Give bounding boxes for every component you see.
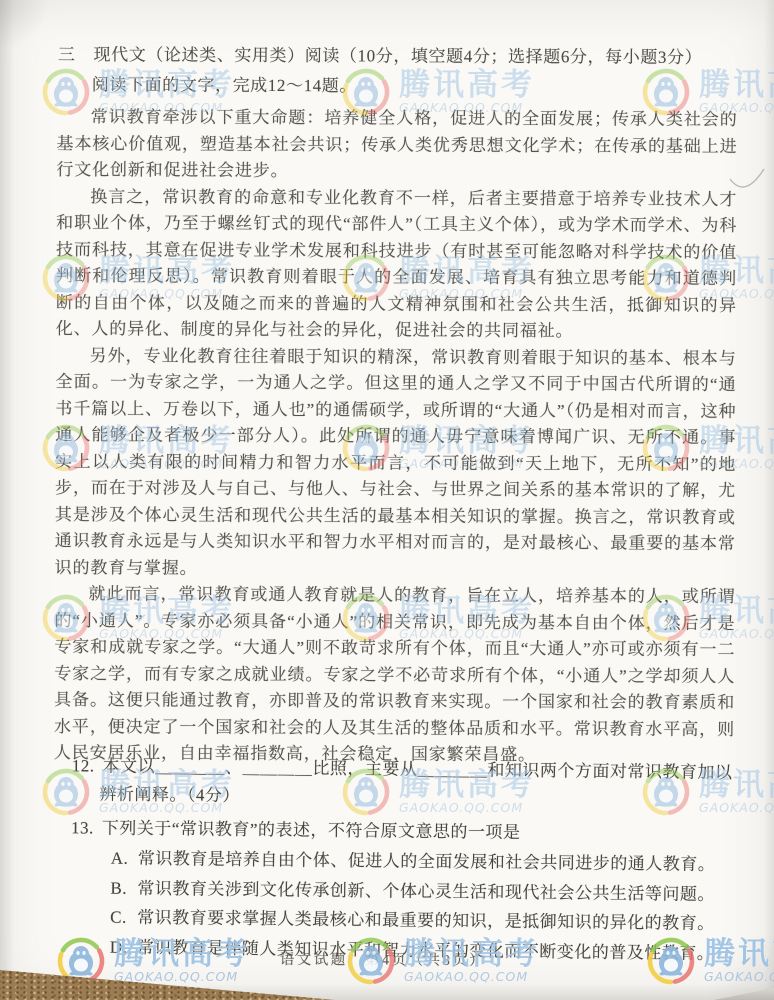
paper-sheet: 腾讯高考 GAOKAO.QQ.COM <box>0 0 774 1000</box>
option-label: C. <box>110 904 137 932</box>
option-text: 常识教育关涉到文化传承创新、个体心灵生活和现代社会公共生活等问题。 <box>137 874 735 908</box>
page-footer: 语文试题 第4页（共8页） <box>0 947 770 971</box>
question-12: 12.本文以＿＿＿＿、＿＿＿＿比照，主要从＿＿＿＿和知识两个方面对常识教育加以辨… <box>54 752 737 815</box>
passage-paragraph: 就此而言，常识教育或通人教育就是人的教育，旨在立人，培养基本的人，或所谓的“小通… <box>54 581 736 769</box>
section-number: 三 <box>58 45 76 64</box>
reading-passage: 常识教育牵涉以下重大命题：培养健全人格，促进人的全面发展；传承人类社会的基本核心… <box>54 104 738 769</box>
option-text: 常识教育是培养自由个体、促进人的全面发展和社会共同进步的通人教育。 <box>138 845 736 879</box>
scanned-exam-page: 腾讯高考 GAOKAO.QQ.COM <box>0 0 774 1000</box>
section-title: 现代文（论述类、实用类）阅读（10分，填空题4分；选择题6分，每小题3分） <box>94 45 703 67</box>
page-content: 三现代文（论述类、实用类）阅读（10分，填空题4分；选择题6分，每小题3分） 阅… <box>0 0 774 1000</box>
questions-block: 12.本文以＿＿＿＿、＿＿＿＿比照，主要从＿＿＿＿和知识两个方面对常识教育加以辨… <box>53 752 737 969</box>
reading-instruction: 阅读下面的文字，完成12～14题。 <box>92 70 738 103</box>
question-12-text: 本文以＿＿＿＿、＿＿＿＿比照，主要从＿＿＿＿和知识两个方面对常识教育加以辨析阐释… <box>99 757 732 805</box>
option-text: 常识教育要求掌握人类最核心和最重要的知识，是抵御知识的异化的教育。 <box>137 904 735 938</box>
passage-paragraph: 常识教育牵涉以下重大命题：培养健全人格，促进人的全面发展；传承人类社会的基本核心… <box>56 104 737 186</box>
option-label: A. <box>111 845 138 873</box>
option-label: B. <box>110 874 137 902</box>
passage-paragraph: 换言之，常识教育的命意和专业化教育不一样，后者主要措意于培养专业技术人才和职业个… <box>56 184 738 346</box>
question-13-stem-text: 下列关于“常识教育”的表述，不符合原文意思的一项是 <box>102 819 521 842</box>
passage-paragraph: 另外，专业化教育往往着眼于知识的精深，常识教育则着眼于知识的基本、根本与全面。一… <box>55 343 737 584</box>
question-13-number: 13. <box>71 818 94 837</box>
question-13-stem: 13.下列关于“常识教育”的表述，不符合原文意思的一项是 <box>54 814 736 849</box>
section-header: 三现代文（论述类、实用类）阅读（10分，填空题4分；选择题6分，每小题3分） 阅… <box>58 40 738 103</box>
scan-crease-mark <box>700 155 774 215</box>
page-number-label: 语文试题 第4页（共8页） <box>280 952 487 969</box>
section-title-line: 三现代文（论述类、实用类）阅读（10分，填空题4分；选择题6分，每小题3分） <box>58 40 738 73</box>
question-12-number: 12. <box>72 756 95 775</box>
